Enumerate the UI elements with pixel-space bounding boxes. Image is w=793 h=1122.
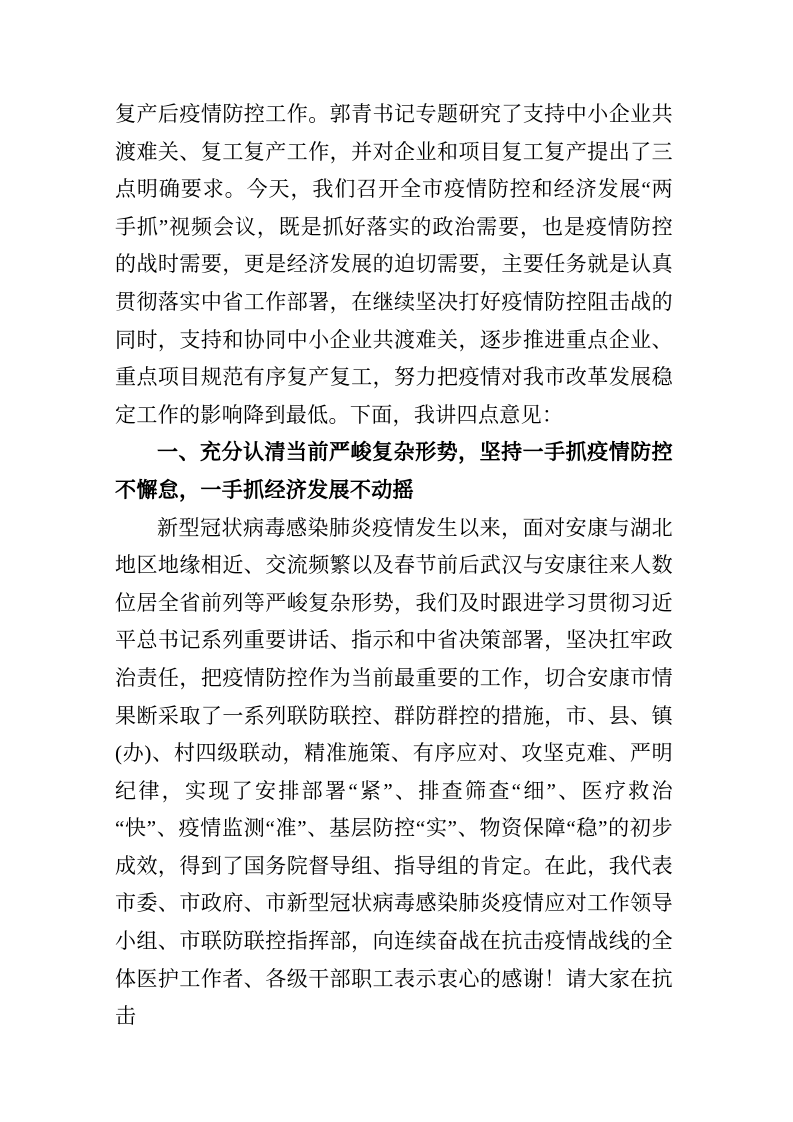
body-paragraph: 新型冠状病毒感染肺炎疫情发生以来，面对安康与湖北地区地缘相近、交流频繁以及春节前… xyxy=(115,510,673,1036)
document-page: 复产后疫情防控工作。郭青书记专题研究了支持中小企业共渡难关、复工复产工作，并对企… xyxy=(0,0,793,1122)
body-paragraph: 复产后疫情防控工作。郭青书记专题研究了支持中小企业共渡难关、复工复产工作，并对企… xyxy=(115,96,673,434)
document-content: 复产后疫情防控工作。郭青书记专题研究了支持中小企业共渡难关、复工复产工作，并对企… xyxy=(115,96,673,1036)
section-heading: 一、充分认清当前严峻复杂形势，坚持一手抓疫情防控不懈怠，一手抓经济发展不动摇 xyxy=(115,434,673,509)
